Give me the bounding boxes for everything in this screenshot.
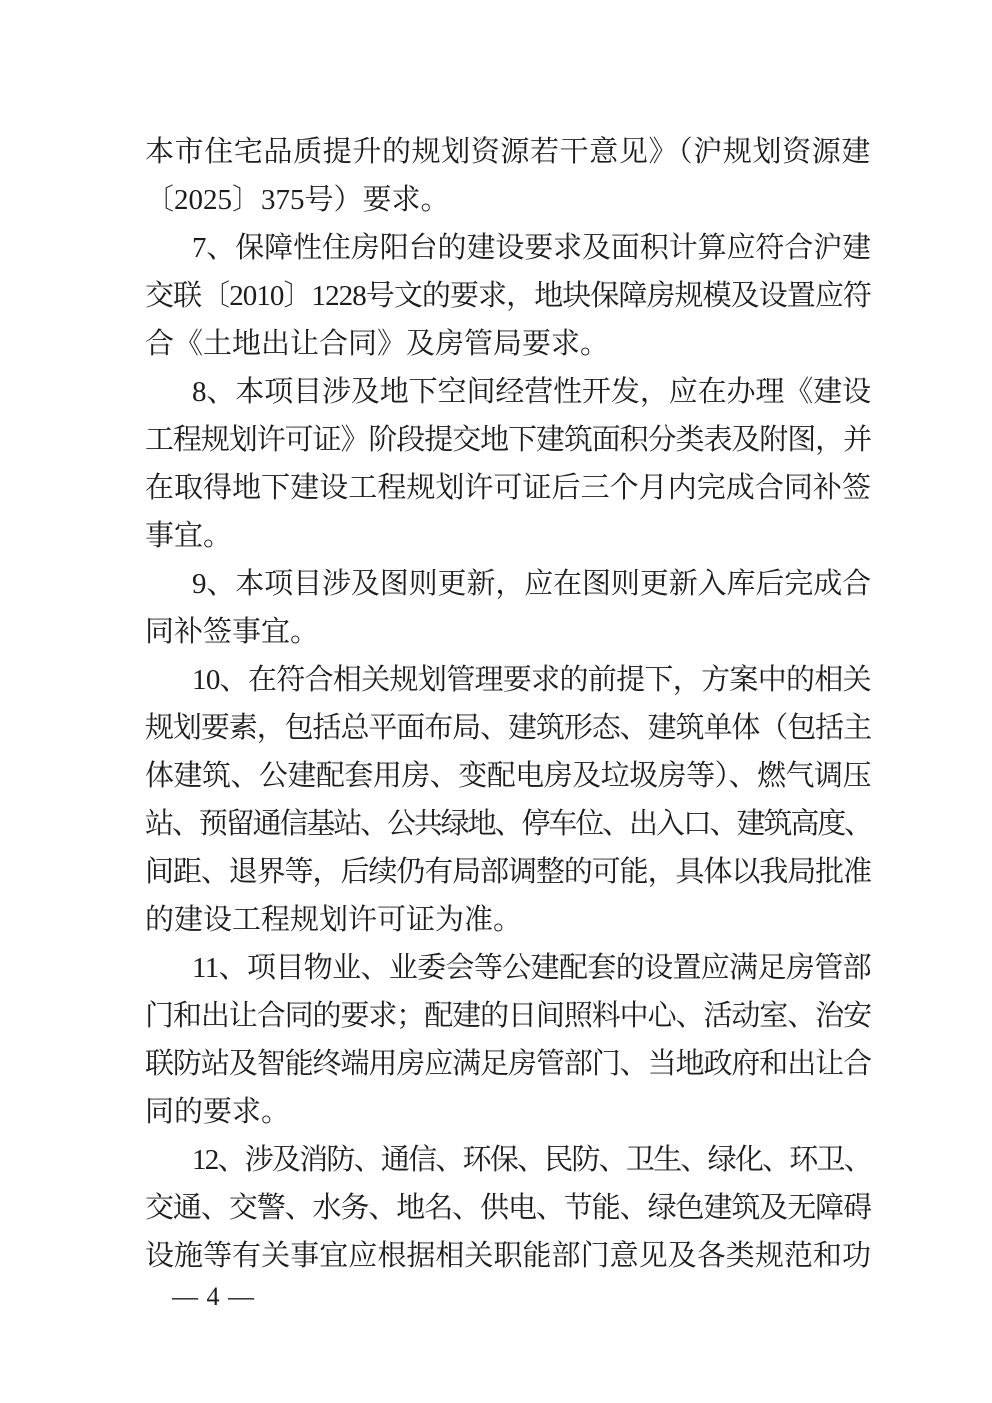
text-line: 同补签事宜。 bbox=[145, 608, 871, 656]
text-line-content: 的建设工程规划许可证为准。 bbox=[145, 904, 522, 936]
text-line-content: 10、在符合相关规划管理要求的前提下，方案中的相关 bbox=[192, 664, 871, 696]
text-line-content: 同的要求。 bbox=[145, 1096, 290, 1128]
text-line: 门和出让合同的要求；配建的日间照料中心、活动室、治安 bbox=[145, 992, 871, 1040]
text-line-content: 交通、交警、水务、地名、供电、节能、绿色建筑及无障碍 bbox=[145, 1192, 871, 1224]
paragraph: 9、本项目涉及图则更新，应在图则更新入库后完成合同补签事宜。 bbox=[145, 560, 871, 656]
paragraph: 7、保障性住房阳台的建设要求及面积计算应符合沪建交联〔2010〕1228号文的要… bbox=[145, 224, 871, 368]
document-page: 本市住宅品质提升的规划资源若干意见》（沪规划资源建〔2025〕375号）要求。7… bbox=[0, 0, 992, 1403]
text-line: 事宜。 bbox=[145, 512, 871, 560]
page-number: — 4 — bbox=[172, 1280, 255, 1313]
text-line-content: 事宜。 bbox=[145, 520, 232, 552]
paragraph: 10、在符合相关规划管理要求的前提下，方案中的相关规划要素，包括总平面布局、建筑… bbox=[145, 656, 871, 944]
document-body: 本市住宅品质提升的规划资源若干意见》（沪规划资源建〔2025〕375号）要求。7… bbox=[145, 128, 871, 1280]
text-line-content: 规划要素，包括总平面布局、建筑形态、建筑单体（包括主 bbox=[145, 712, 871, 744]
text-line: 交联〔2010〕1228号文的要求，地块保障房规模及设置应符 bbox=[145, 272, 871, 320]
text-line-content: 7、保障性住房阳台的建设要求及面积计算应符合沪建 bbox=[192, 232, 871, 264]
text-line: 10、在符合相关规划管理要求的前提下，方案中的相关 bbox=[145, 656, 871, 704]
text-line: 的建设工程规划许可证为准。 bbox=[145, 896, 871, 944]
text-line-content: 联防站及智能终端用房应满足房管部门、当地政府和出让合 bbox=[145, 1048, 871, 1080]
text-line-content: 工程规划许可证》阶段提交地下建筑面积分类表及附图，并 bbox=[145, 424, 871, 456]
paragraph: 本市住宅品质提升的规划资源若干意见》（沪规划资源建〔2025〕375号）要求。 bbox=[145, 128, 871, 224]
text-line: 站、预留通信基站、公共绿地、停车位、出入口、建筑高度、 bbox=[145, 800, 871, 848]
text-line-content: 门和出让合同的要求；配建的日间照料中心、活动室、治安 bbox=[145, 1000, 871, 1032]
text-line: 9、本项目涉及图则更新，应在图则更新入库后完成合 bbox=[145, 560, 871, 608]
text-line: 设施等有关事宜应根据相关职能部门意见及各类规范和功 bbox=[145, 1232, 871, 1280]
text-line: 合《土地出让合同》及房管局要求。 bbox=[145, 320, 871, 368]
paragraph: 8、本项目涉及地下空间经营性开发，应在办理《建设工程规划许可证》阶段提交地下建筑… bbox=[145, 368, 871, 560]
text-line-content: 本市住宅品质提升的规划资源若干意见》（沪规划资源建 bbox=[145, 136, 871, 168]
text-line-content: 同补签事宜。 bbox=[145, 616, 319, 648]
text-line: 交通、交警、水务、地名、供电、节能、绿色建筑及无障碍 bbox=[145, 1184, 871, 1232]
text-line: 8、本项目涉及地下空间经营性开发，应在办理《建设 bbox=[145, 368, 871, 416]
text-line-content: 间距、退界等，后续仍有局部调整的可能，具体以我局批准 bbox=[145, 856, 871, 888]
paragraph: 12、涉及消防、通信、环保、民防、卫生、绿化、环卫、交通、交警、水务、地名、供电… bbox=[145, 1136, 871, 1280]
text-line-content: 12、涉及消防、通信、环保、民防、卫生、绿化、环卫、 bbox=[192, 1144, 871, 1176]
text-line: 〔2025〕375号）要求。 bbox=[145, 176, 871, 224]
text-line-content: 11、项目物业、业委会等公建配套的设置应满足房管部 bbox=[192, 952, 871, 984]
text-line: 7、保障性住房阳台的建设要求及面积计算应符合沪建 bbox=[145, 224, 871, 272]
text-line: 体建筑、公建配套用房、变配电房及垃圾房等）、燃气调压 bbox=[145, 752, 871, 800]
text-line-content: 体建筑、公建配套用房、变配电房及垃圾房等）、燃气调压 bbox=[145, 760, 871, 792]
text-line: 11、项目物业、业委会等公建配套的设置应满足房管部 bbox=[145, 944, 871, 992]
text-line-content: 交联〔2010〕1228号文的要求，地块保障房规模及设置应符 bbox=[145, 280, 871, 312]
text-line: 同的要求。 bbox=[145, 1088, 871, 1136]
text-line: 规划要素，包括总平面布局、建筑形态、建筑单体（包括主 bbox=[145, 704, 871, 752]
text-line: 联防站及智能终端用房应满足房管部门、当地政府和出让合 bbox=[145, 1040, 871, 1088]
text-line-content: 〔2025〕375号）要求。 bbox=[145, 184, 450, 216]
text-line: 工程规划许可证》阶段提交地下建筑面积分类表及附图，并 bbox=[145, 416, 871, 464]
text-line: 在取得地下建设工程规划许可证后三个月内完成合同补签 bbox=[145, 464, 871, 512]
text-line-content: 设施等有关事宜应根据相关职能部门意见及各类规范和功 bbox=[145, 1240, 871, 1272]
text-line: 12、涉及消防、通信、环保、民防、卫生、绿化、环卫、 bbox=[145, 1136, 871, 1184]
text-line-content: 8、本项目涉及地下空间经营性开发，应在办理《建设 bbox=[192, 376, 871, 408]
paragraph: 11、项目物业、业委会等公建配套的设置应满足房管部门和出让合同的要求；配建的日间… bbox=[145, 944, 871, 1136]
text-line-content: 合《土地出让合同》及房管局要求。 bbox=[145, 328, 609, 360]
text-line: 本市住宅品质提升的规划资源若干意见》（沪规划资源建 bbox=[145, 128, 871, 176]
text-line-content: 站、预留通信基站、公共绿地、停车位、出入口、建筑高度、 bbox=[145, 808, 871, 840]
text-line: 间距、退界等，后续仍有局部调整的可能，具体以我局批准 bbox=[145, 848, 871, 896]
text-line-content: 9、本项目涉及图则更新，应在图则更新入库后完成合 bbox=[192, 568, 871, 600]
text-line-content: 在取得地下建设工程规划许可证后三个月内完成合同补签 bbox=[145, 472, 871, 504]
